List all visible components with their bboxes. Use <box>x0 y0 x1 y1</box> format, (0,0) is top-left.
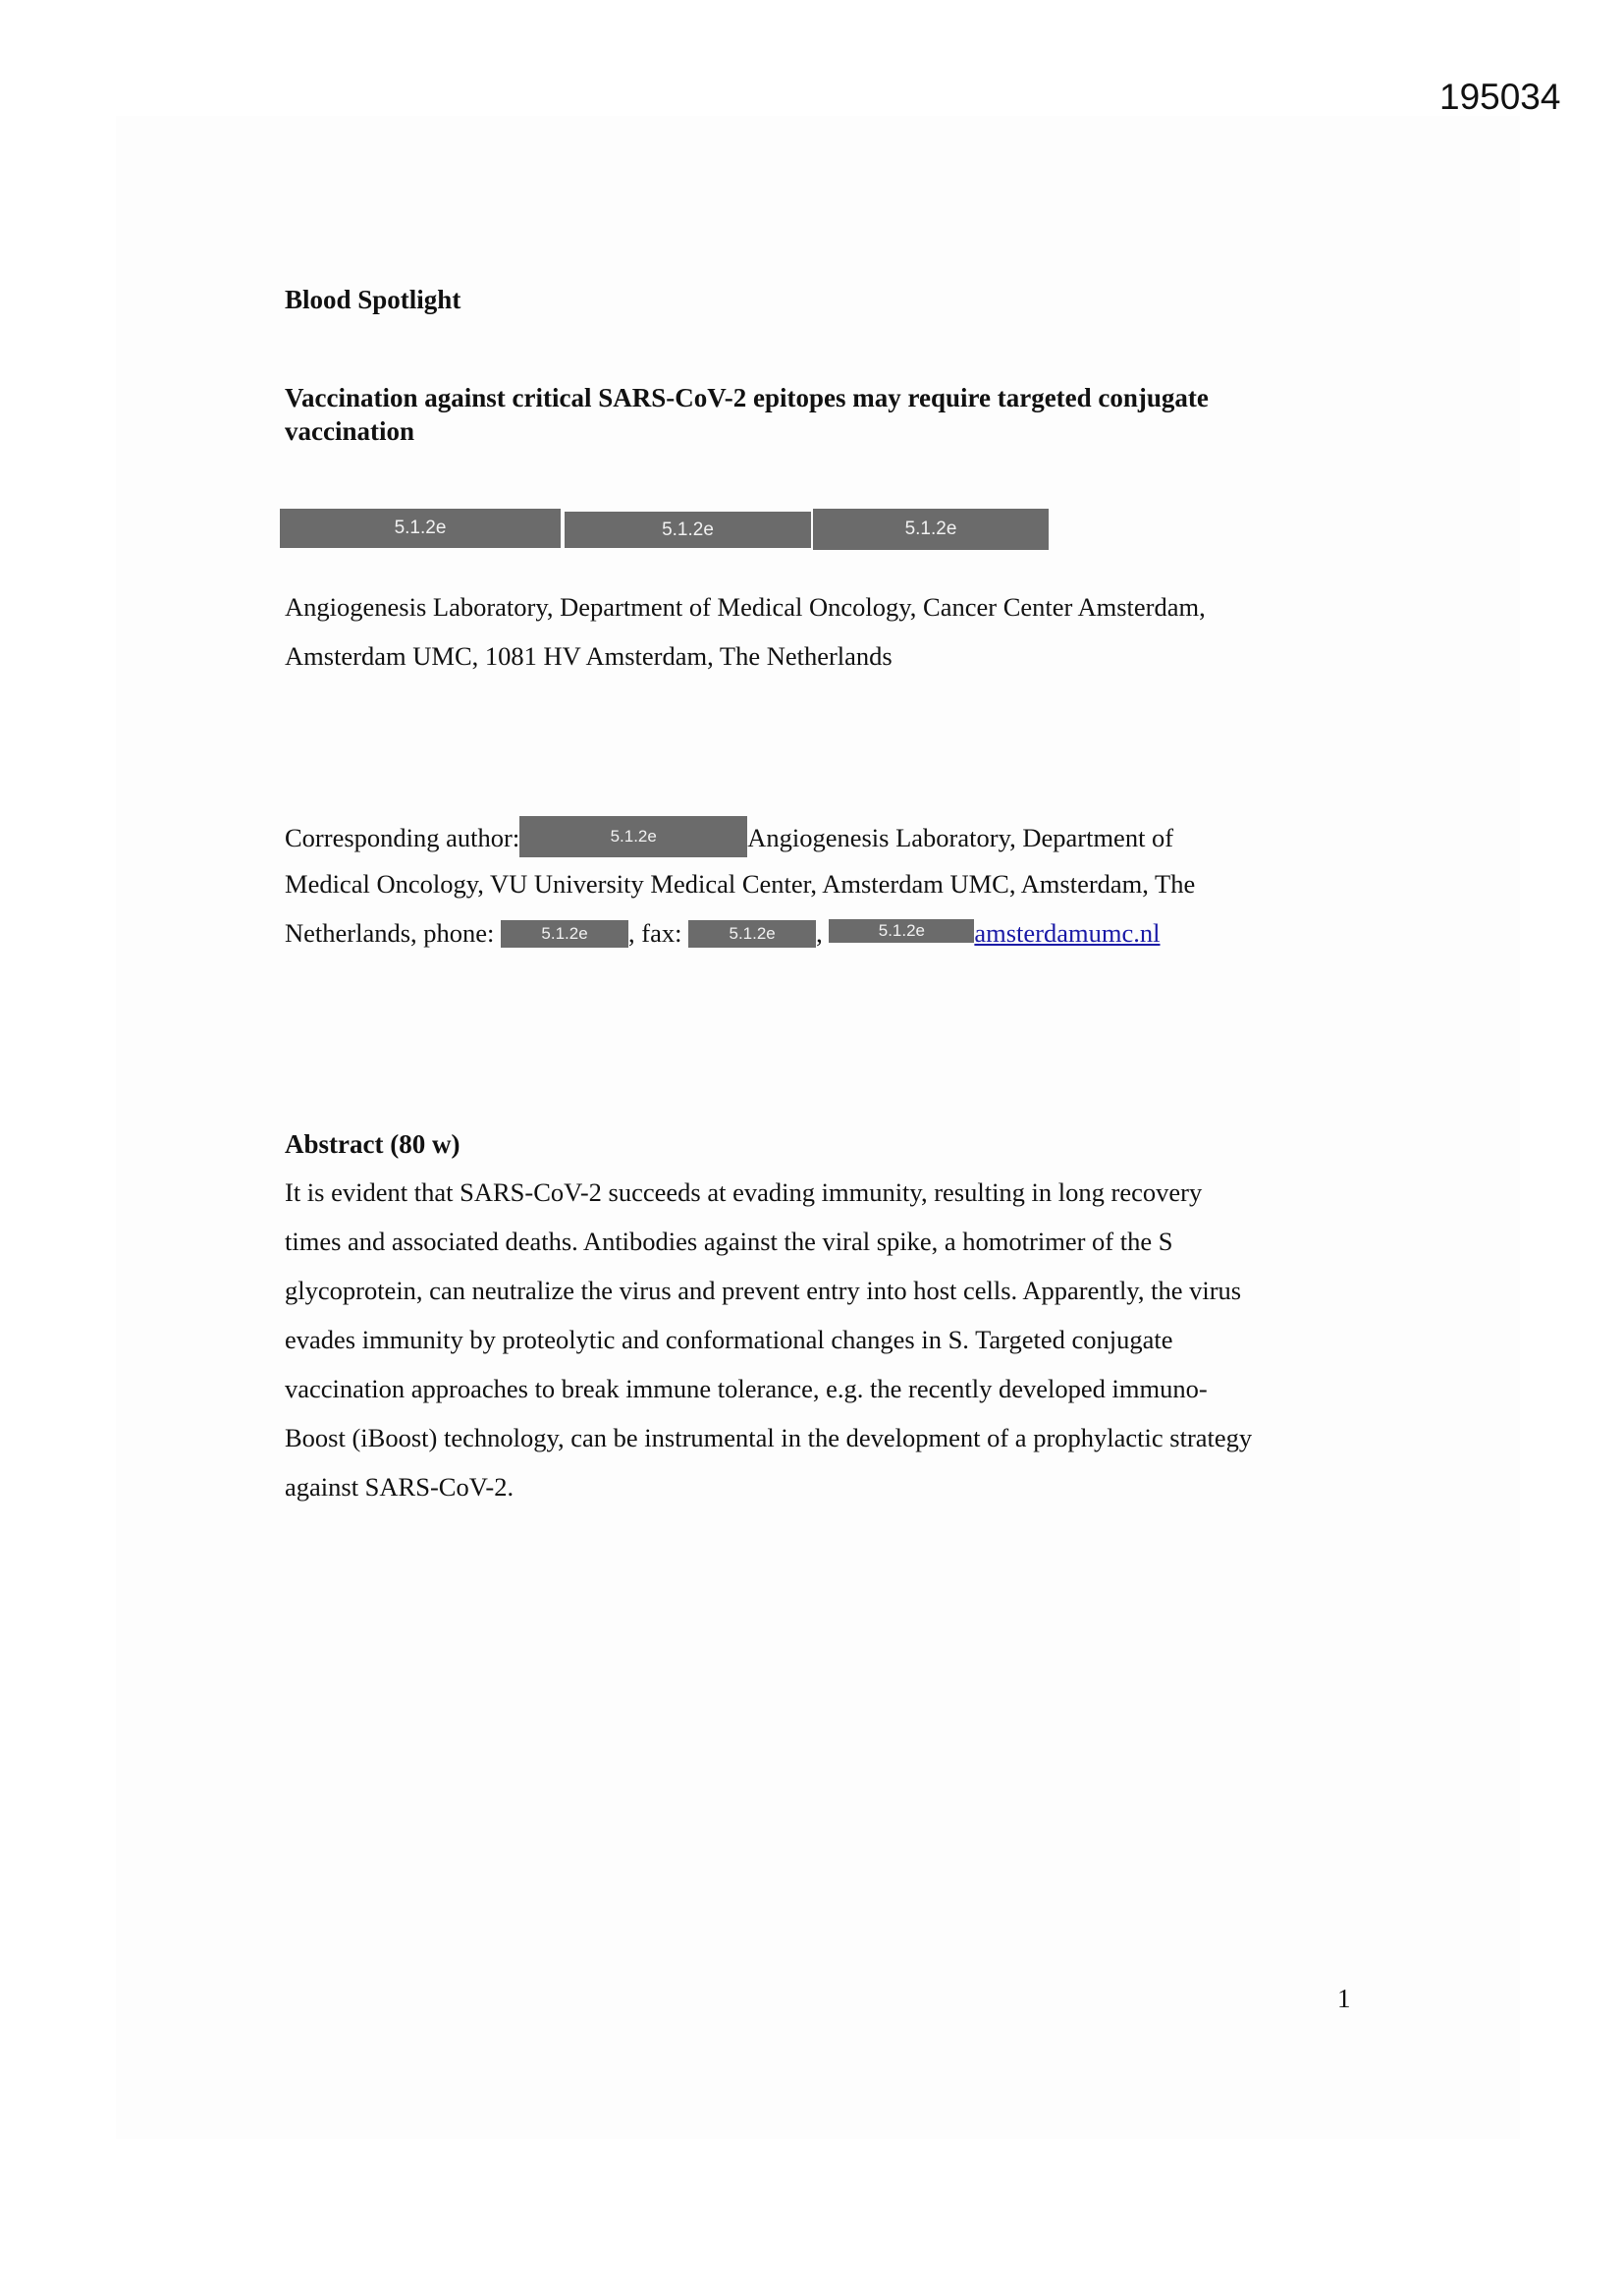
affiliation-line-1: Angiogenesis Laboratory, Department of M… <box>285 592 1206 623</box>
abstract-line: glycoprotein, can neutralize the virus a… <box>285 1276 1241 1306</box>
document-id: 195034 <box>1439 77 1560 118</box>
title-line-2: vaccination <box>285 414 1326 448</box>
abstract-line: against SARS-CoV-2. <box>285 1472 514 1503</box>
abstract-line: times and associated deaths. Antibodies … <box>285 1227 1172 1257</box>
fax-label: , fax: <box>628 918 681 948</box>
corresponding-label: Corresponding author: <box>285 823 519 852</box>
abstract-line: Boost (iBoost) technology, can be instru… <box>285 1423 1252 1453</box>
article-title: Vaccination against critical SARS-CoV-2 … <box>285 381 1326 448</box>
affiliation-line-2: Amsterdam UMC, 1081 HV Amsterdam, The Ne… <box>285 641 893 672</box>
comma-separator: , <box>816 918 823 948</box>
section-label: Blood Spotlight <box>285 285 460 315</box>
fax-redaction: 5.1.2e <box>688 920 816 948</box>
corresponding-line-1: Corresponding author:5.1.2eAngiogenesis … <box>285 820 1173 861</box>
author-redaction-1: 5.1.2e <box>280 509 561 548</box>
abstract-line: It is evident that SARS-CoV-2 succeeds a… <box>285 1177 1202 1208</box>
author-redaction-3: 5.1.2e <box>813 509 1049 550</box>
email-domain: amsterdamumc.nl <box>974 918 1160 948</box>
phone-label: Netherlands, phone: <box>285 918 494 948</box>
title-line-1: Vaccination against critical SARS-CoV-2 … <box>285 381 1326 414</box>
corresponding-name-redaction: 5.1.2e <box>519 816 747 857</box>
email-link[interactable]: 5.1.2eamsterdamumc.nl <box>829 918 1160 948</box>
abstract-heading: Abstract (80 w) <box>285 1129 460 1160</box>
corresponding-line-3: Netherlands, phone: 5.1.2e, fax: 5.1.2e,… <box>285 918 1161 950</box>
page-number: 1 <box>1337 1984 1351 2014</box>
corresponding-affiliation-start: Angiogenesis Laboratory, Department of <box>747 823 1173 852</box>
phone-redaction: 5.1.2e <box>501 920 628 948</box>
email-redaction: 5.1.2e <box>829 919 974 943</box>
abstract-line: evades immunity by proteolytic and confo… <box>285 1325 1173 1355</box>
abstract-line: vaccination approaches to break immune t… <box>285 1374 1208 1404</box>
corresponding-line-2: Medical Oncology, VU University Medical … <box>285 869 1195 900</box>
author-redaction-2: 5.1.2e <box>565 512 811 548</box>
